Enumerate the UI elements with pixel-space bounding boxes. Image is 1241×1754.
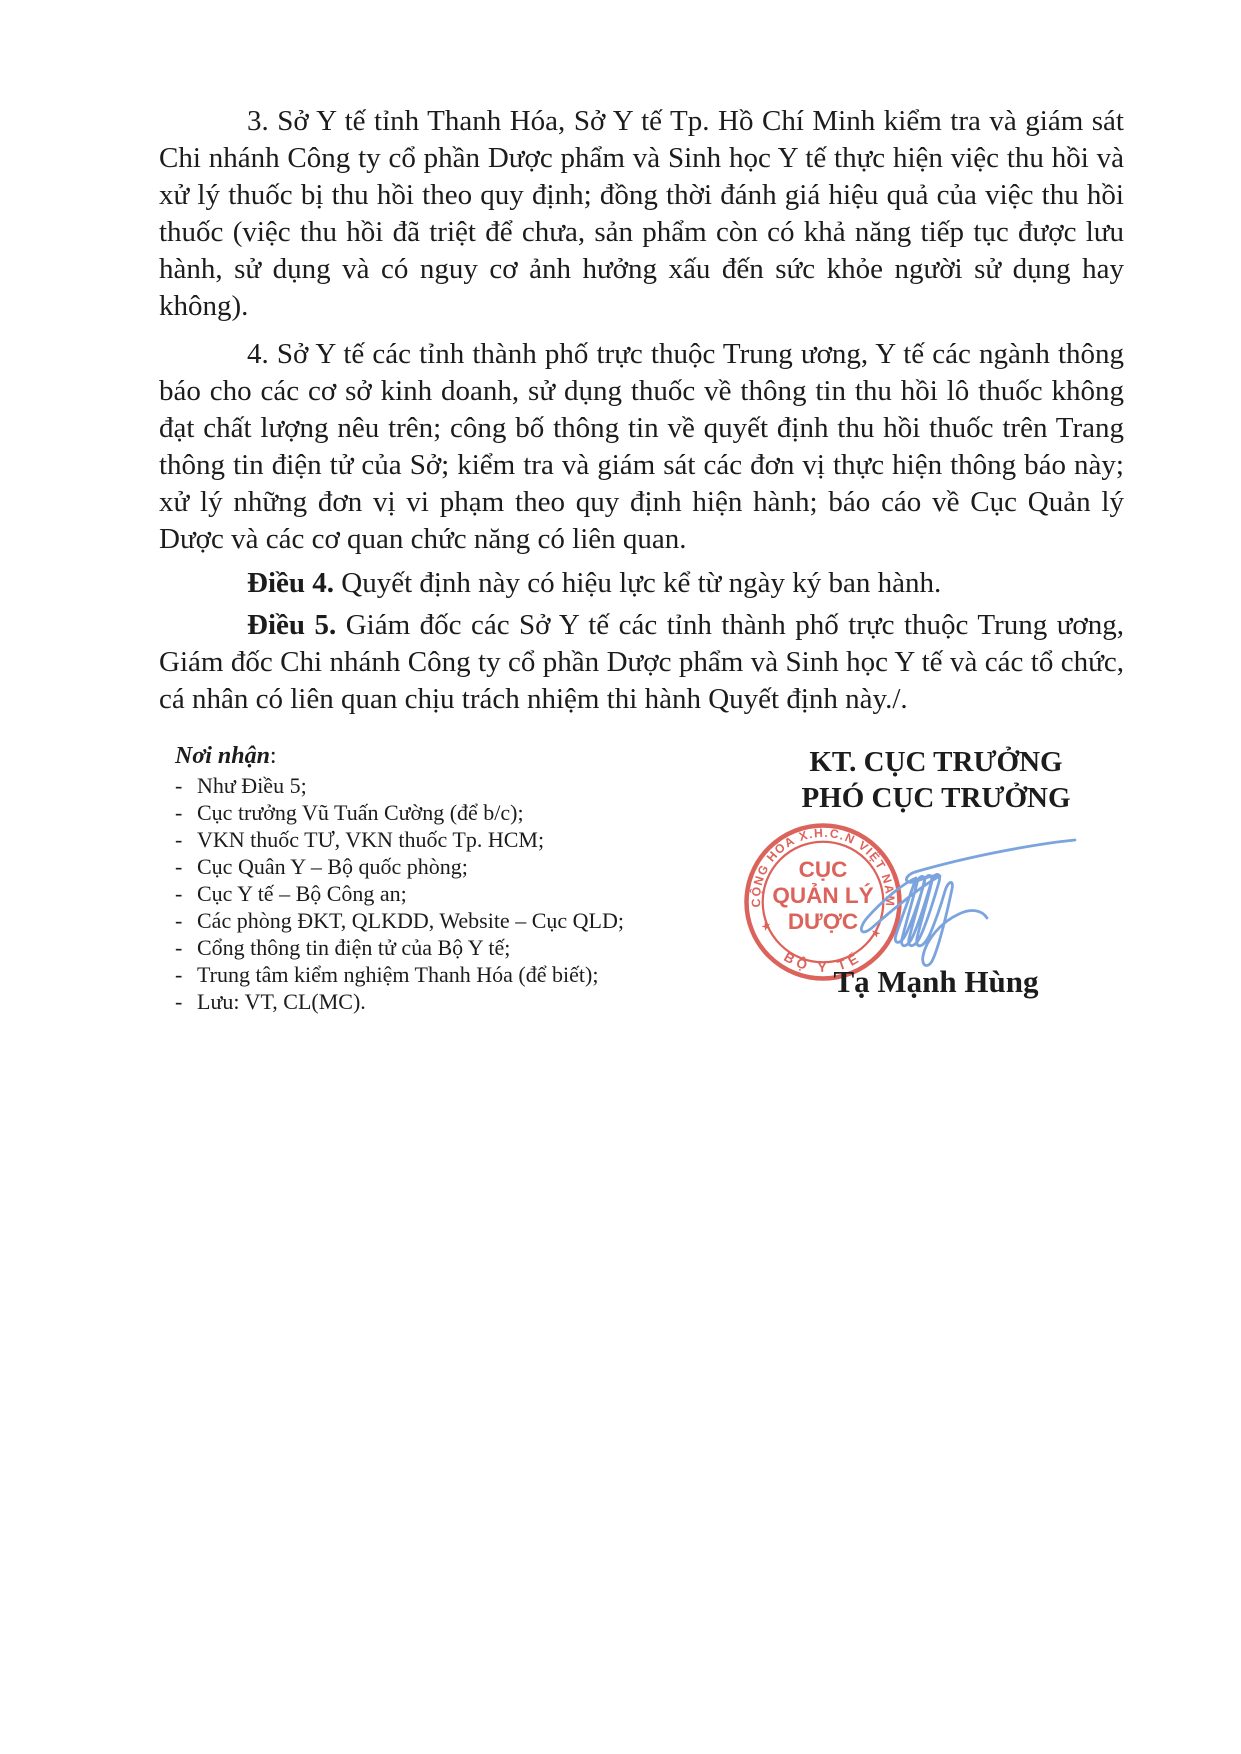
dash: - <box>175 826 197 853</box>
paragraph-item-4: 4. Sở Y tế các tỉnh thành phố trực thuộc… <box>159 336 1124 558</box>
list-item-text: Các phòng ĐKT, QLKDD, Website – Cục QLD; <box>197 907 624 934</box>
dash: - <box>175 961 197 988</box>
paragraph-article-4: Điều 4. Quyết định này có hiệu lực kể từ… <box>159 565 1124 602</box>
dash: - <box>175 799 197 826</box>
signer-position-line1: KT. CỤC TRƯỞNG <box>740 744 1132 780</box>
list-item: -Lưu: VT, CL(MC). <box>175 988 675 1015</box>
recipients-title-text: Nơi nhận <box>175 743 270 769</box>
list-item: -Cục trưởng Vũ Tuấn Cường (để b/c); <box>175 799 675 826</box>
list-item-text: Lưu: VT, CL(MC). <box>197 988 366 1015</box>
article-4-text: Quyết định này có hiệu lực kể từ ngày ký… <box>334 567 941 599</box>
handwritten-signature <box>820 822 1090 980</box>
list-item-text: Cục Y tế – Bộ Công an; <box>197 880 407 907</box>
article-4-lead: Điều 4. <box>247 567 334 599</box>
dash: - <box>175 907 197 934</box>
recipients-block: Nơi nhận: -Như Điều 5; -Cục trưởng Vũ Tu… <box>175 742 675 1015</box>
dash: - <box>175 934 197 961</box>
article-5-lead: Điều 5. <box>247 609 336 641</box>
dash: - <box>175 880 197 907</box>
list-item: -Cục Y tế – Bộ Công an; <box>175 880 675 907</box>
dash: - <box>175 772 197 799</box>
document-page: 3. Sở Y tế tỉnh Thanh Hóa, Sở Y tế Tp. H… <box>0 0 1241 1754</box>
recipients-list: -Như Điều 5; -Cục trưởng Vũ Tuấn Cường (… <box>175 772 675 1015</box>
paragraph-article-5: Điều 5. Giám đốc các Sở Y tế các tỉnh th… <box>159 607 1124 718</box>
list-item-text: VKN thuốc TƯ, VKN thuốc Tp. HCM; <box>197 826 544 853</box>
signer-name: Tạ Mạnh Hùng <box>740 964 1132 1000</box>
list-item: -VKN thuốc TƯ, VKN thuốc Tp. HCM; <box>175 826 675 853</box>
signer-position-line2: PHÓ CỤC TRƯỞNG <box>740 780 1132 816</box>
signature-block: KT. CỤC TRƯỞNG PHÓ CỤC TRƯỞNG <box>740 744 1132 816</box>
list-item: -Cục Quân Y – Bộ quốc phòng; <box>175 853 675 880</box>
dash: - <box>175 853 197 880</box>
paragraph-item-3: 3. Sở Y tế tỉnh Thanh Hóa, Sở Y tế Tp. H… <box>159 103 1124 325</box>
recipients-title: Nơi nhận: <box>175 742 675 770</box>
list-item-text: Cổng thông tin điện tử của Bộ Y tế; <box>197 934 510 961</box>
recipients-title-colon: : <box>270 743 277 769</box>
list-item-text: Cục Quân Y – Bộ quốc phòng; <box>197 853 468 880</box>
dash: - <box>175 988 197 1015</box>
list-item-text: Cục trưởng Vũ Tuấn Cường (để b/c); <box>197 799 524 826</box>
list-item-text: Trung tâm kiểm nghiệm Thanh Hóa (để biết… <box>197 961 598 988</box>
list-item: -Như Điều 5; <box>175 772 675 799</box>
list-item: -Cổng thông tin điện tử của Bộ Y tế; <box>175 934 675 961</box>
list-item: -Trung tâm kiểm nghiệm Thanh Hóa (để biế… <box>175 961 675 988</box>
signature-stroke <box>861 840 1075 965</box>
list-item-text: Như Điều 5; <box>197 772 307 799</box>
list-item: -Các phòng ĐKT, QLKDD, Website – Cục QLD… <box>175 907 675 934</box>
